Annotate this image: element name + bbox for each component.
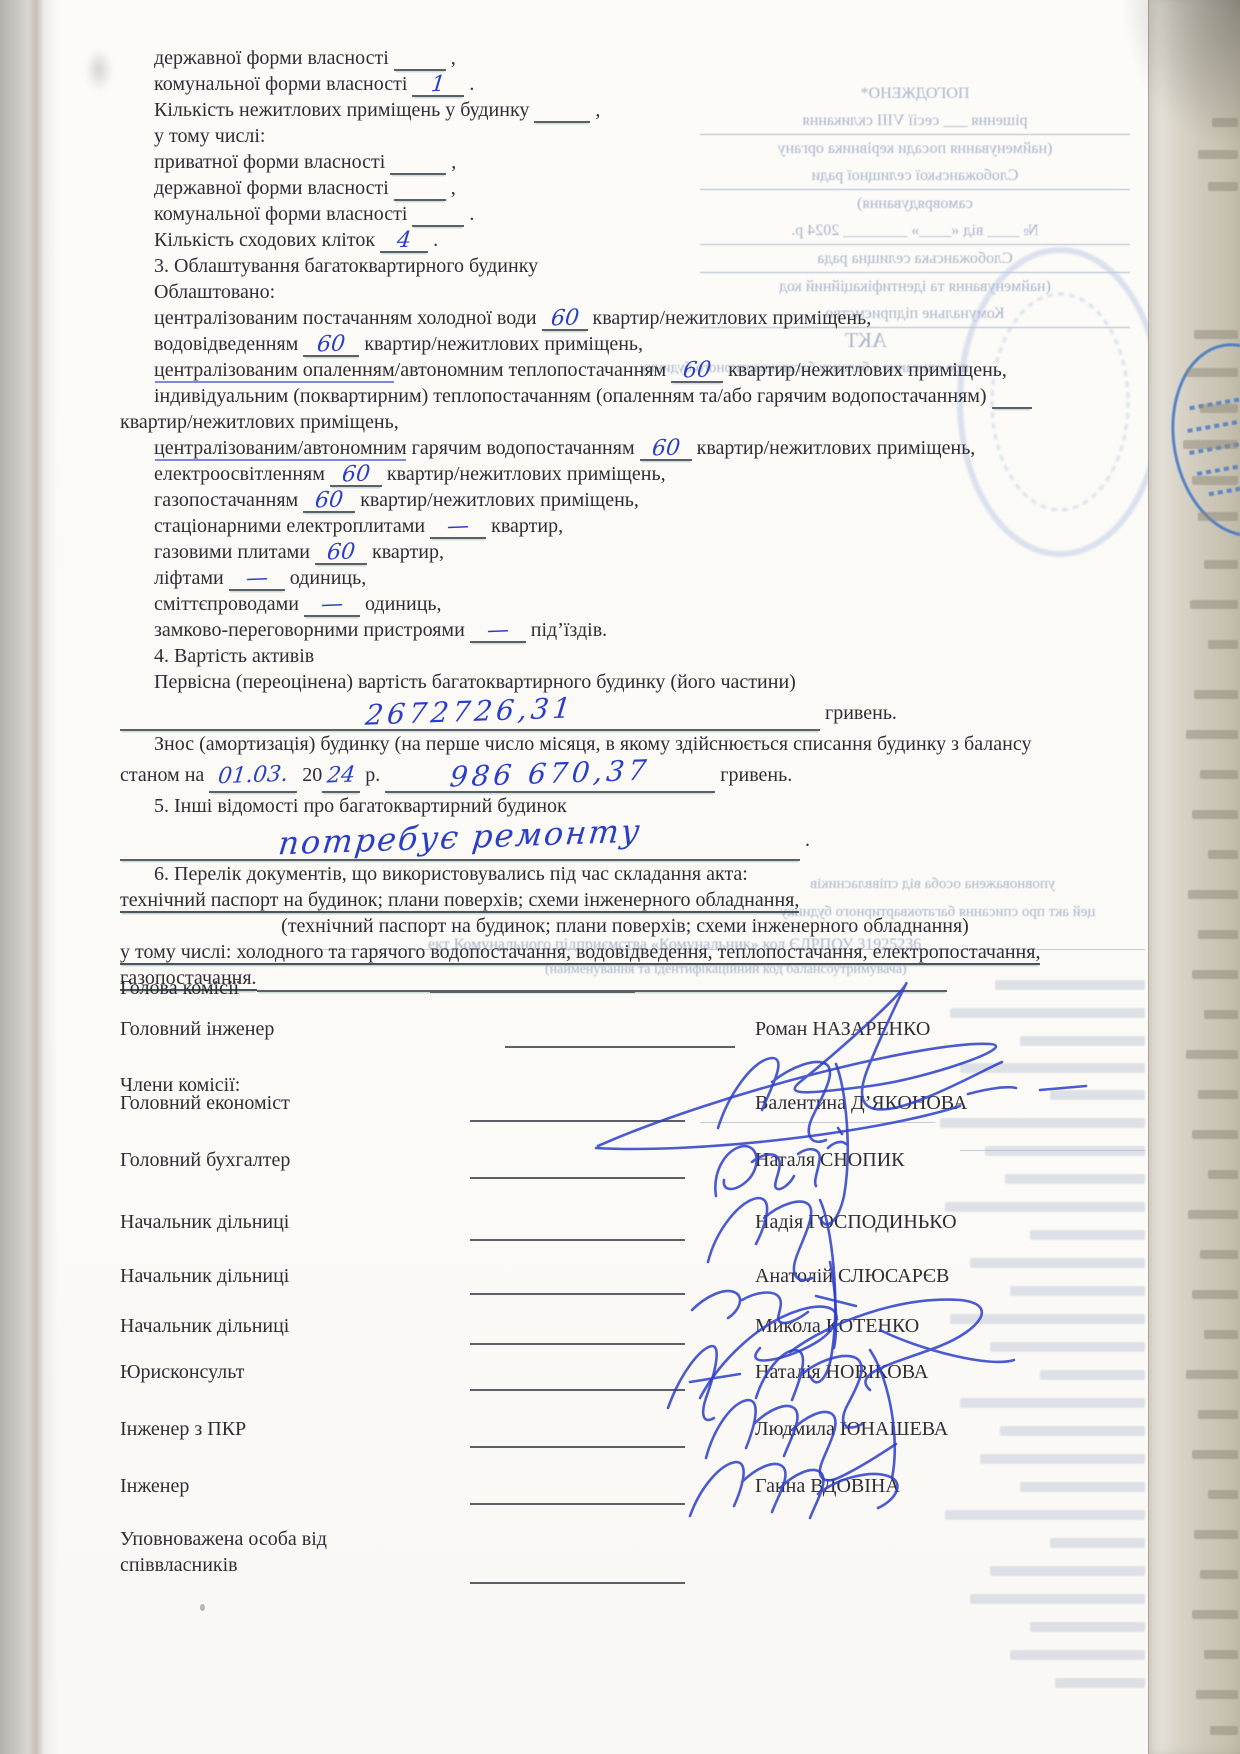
document-line: Кількість сходових кліток 4 .	[120, 227, 1130, 253]
next-page-text-fragment	[1208, 1490, 1238, 1499]
bleedthrough-illegible-line	[1005, 1174, 1145, 1184]
blank-field	[412, 203, 464, 227]
handwriting-text: 01.03.	[216, 757, 290, 796]
document-text: газопостачанням	[154, 489, 303, 511]
next-page-text-fragment	[1186, 730, 1238, 739]
next-page-text-fragment	[1198, 1410, 1238, 1419]
next-page-text-fragment	[1208, 640, 1238, 649]
document-line: 2672726,31 гривень.	[120, 695, 1130, 731]
document-text: водовідведенням	[154, 333, 303, 355]
signatory-name: Ганна ВДОВІНА	[755, 1473, 900, 1499]
blank-field	[390, 151, 446, 175]
bleedthrough-illegible-line	[1055, 1678, 1145, 1688]
next-page-text-fragment	[1192, 970, 1238, 979]
signatory-name: Микола КОТЕНКО	[755, 1313, 919, 1339]
handwriting-text: 60	[650, 435, 681, 462]
bleedthrough-illegible-line	[1050, 1538, 1145, 1548]
document-text: квартир/нежитлових приміщень,	[120, 411, 399, 433]
signature-role-label: Головний бухгалтер	[120, 1147, 450, 1173]
signature-role-label: Начальник дільниці	[120, 1313, 450, 1339]
document-line: Первісна (переоцінена) вартість багатокв…	[120, 669, 1130, 695]
handwritten-entry: —	[229, 567, 285, 591]
handwriting-text: 60	[316, 331, 347, 358]
document-line: у тому числі:	[120, 123, 1130, 149]
document-line: 4. Вартість активів	[120, 643, 1130, 669]
handwriting-text: —	[244, 566, 269, 593]
handwritten-entry: потребує ремонту	[120, 837, 800, 861]
document-text: комунальної форми власності	[154, 203, 412, 225]
next-page-text-fragment	[1208, 850, 1238, 859]
handwriting-text: 2672726,31	[364, 690, 577, 733]
blank-field	[534, 99, 590, 123]
bleedthrough-illegible-line	[950, 1008, 1145, 1018]
document-text: гривень.	[715, 764, 792, 786]
left-page-edge-band	[28, 0, 44, 1754]
scan-smudge	[85, 48, 113, 92]
document-text: .	[464, 203, 474, 225]
bleedthrough-illegible-line	[1010, 1650, 1145, 1660]
document-line: централізованим постачанням холодної вод…	[120, 305, 1130, 331]
handwritten-entry: —	[470, 619, 526, 643]
handwritten-entry: 2672726,31	[120, 707, 820, 731]
signature-line	[505, 1046, 735, 1048]
bleedthrough-illegible-line	[990, 1566, 1145, 1576]
next-page-text-fragment	[1210, 1726, 1238, 1735]
document-line: централізованим опаленням/автономним теп…	[120, 357, 1130, 383]
document-text: квартир/нежитлових приміщень,	[382, 463, 666, 485]
document-text: Знос (амортизація) будинку (на перше чис…	[154, 733, 1031, 755]
handwriting-text: 60	[682, 357, 713, 384]
signatory-name: Надія ГОСПОДИНЬКО	[755, 1209, 957, 1235]
document-line: (технічний паспорт на будинок; плани пов…	[120, 913, 1130, 939]
document-text: 3. Облаштування багатоквартирного будинк…	[154, 255, 538, 277]
next-page-text-fragment	[1204, 1010, 1238, 1019]
handwritten-entry: 24	[322, 769, 360, 793]
document-text: державної форми власності	[154, 47, 394, 69]
bleedthrough-illegible-line	[950, 1314, 1145, 1324]
document-line: 3. Облаштування багатоквартирного будинк…	[120, 253, 1130, 279]
next-page-text-fragment	[1194, 330, 1238, 339]
signatory-name: Роман НАЗАРЕНКО	[755, 1016, 930, 1042]
next-page-text-fragment	[1204, 560, 1238, 569]
bleedthrough-illegible-line	[970, 1594, 1145, 1604]
signature-line	[470, 1582, 685, 1584]
document-text: ,	[446, 47, 456, 69]
document-text: ,	[446, 177, 456, 199]
document-text: приватної форми власності	[154, 151, 390, 173]
document-line: технічний паспорт на будинок; плани пове…	[120, 887, 1130, 913]
handwriting-text: 986 670,37	[448, 752, 652, 795]
signature-line	[470, 1389, 685, 1391]
signature-line	[430, 991, 635, 993]
bleedthrough-illegible-line	[1050, 1090, 1145, 1100]
signatory-name: Валентина Д’ЯКОНОВА	[755, 1090, 967, 1116]
document-text: 4. Вартість активів	[154, 645, 314, 667]
handwritten-entry: 60	[330, 463, 382, 487]
document-text: ,	[590, 99, 600, 121]
bleedthrough-illegible-line	[985, 1146, 1145, 1156]
handwriting-text: 60	[549, 305, 580, 332]
signature-line	[470, 1293, 685, 1295]
underlined-text: централізованим опаленням	[154, 359, 395, 381]
bleedthrough-illegible-line	[1020, 1036, 1145, 1046]
next-page-text-fragment	[1200, 1250, 1238, 1259]
document-line: у тому числі: холодного та гарячого водо…	[120, 939, 1130, 965]
document-text: одиниць,	[360, 593, 442, 615]
handwritten-entry: 01.03.	[209, 769, 297, 793]
scanned-document-page: ПОГОДЖЕНО*рішення ___ сесії VIII скликан…	[0, 0, 1240, 1754]
next-page-text-fragment	[1192, 1130, 1238, 1139]
next-page-text-fragment	[1192, 476, 1238, 485]
document-text: Облаштовано:	[154, 281, 275, 303]
document-text: гарячим водопостачанням	[407, 437, 640, 459]
bleedthrough-illegible-line	[1010, 1286, 1145, 1296]
handwritten-entry: 60	[671, 359, 723, 383]
blank-field	[394, 47, 446, 71]
signature-role-label: Головний інженер	[120, 1016, 450, 1042]
signatory-name: Анатолій СЛЮСАРЄВ	[755, 1263, 949, 1289]
scan-corner-shadow	[1120, 0, 1240, 150]
document-line: комунальної форми власності 1 .	[120, 71, 1130, 97]
handwriting-text: 4	[396, 228, 413, 255]
bleedthrough-illegible-line	[1040, 1370, 1145, 1380]
document-line: державної форми власності ,	[120, 175, 1130, 201]
signature-role-label: Голова комісії	[120, 975, 450, 1001]
handwritten-entry: 986 670,37	[385, 769, 715, 793]
signature-role-label: Головний економіст	[120, 1090, 450, 1116]
document-text: стаціонарними електроплитами	[154, 515, 430, 537]
bleedthrough-illegible-line	[1020, 1482, 1145, 1492]
next-page-text-fragment	[1200, 1570, 1238, 1579]
bleedthrough-illegible-line	[940, 1118, 1145, 1128]
document-line: сміттєпроводами — одиниць,	[120, 591, 1130, 617]
handwritten-entry: —	[304, 593, 360, 617]
document-text: Кількість нежитлових приміщень у будинку	[154, 99, 534, 121]
document-text: квартир/нежитлових приміщень,	[355, 489, 639, 511]
signature-line	[470, 1120, 685, 1122]
bleedthrough-illegible-line	[960, 1398, 1145, 1408]
document-body: державної форми власності ,комунальної ф…	[120, 45, 1130, 991]
document-line: потребує ремонту .	[120, 819, 1130, 861]
next-page-text-fragment	[1194, 1530, 1238, 1539]
document-text: Кількість сходових кліток	[154, 229, 380, 251]
document-text: індивідуальним (поквартирним) теплопоста…	[154, 385, 992, 407]
document-text: газовими плитами	[154, 541, 315, 563]
document-line: газовими плитами 60 квартир,	[120, 539, 1130, 565]
signature-role-label: Начальник дільниці	[120, 1209, 450, 1235]
bleedthrough-rule	[960, 1150, 1145, 1151]
document-line: індивідуальним (поквартирним) теплопоста…	[120, 383, 1130, 409]
signature-role-label: Начальник дільниці	[120, 1263, 450, 1289]
document-text: .	[464, 73, 474, 95]
blank-field	[394, 177, 446, 201]
document-text: одиниць,	[285, 567, 367, 589]
underlined-text: у тому числі: холодного та гарячого водо…	[120, 941, 1040, 965]
next-page-text-fragment	[1208, 1170, 1238, 1179]
handwritten-entry: 60	[315, 541, 367, 565]
document-line: водовідведенням 60 квартир/нежитлових пр…	[120, 331, 1130, 357]
next-page-text-fragment	[1188, 1210, 1238, 1219]
document-line: Облаштовано:	[120, 279, 1130, 305]
next-page-text-fragment	[1194, 690, 1238, 699]
next-page-text-fragment	[1198, 930, 1238, 939]
next-page-text-fragment	[1200, 770, 1238, 779]
handwritten-entry: —	[430, 515, 486, 539]
next-page-text-fragment	[1204, 1330, 1238, 1339]
document-text: 6. Перелік документів, що використовувал…	[154, 863, 748, 885]
document-line: комунальної форми власності .	[120, 201, 1130, 227]
document-text: .	[428, 229, 438, 251]
handwritten-entry: 60	[303, 333, 359, 357]
document-line: станом на 01.03. 2024 р. 986 670,37 грив…	[120, 757, 1130, 793]
next-page-text-fragment	[1192, 1290, 1238, 1299]
document-line: електроосвітленням 60 квартир/нежитлових…	[120, 461, 1130, 487]
document-text: станом на	[120, 764, 209, 786]
bleedthrough-illegible-line	[1030, 1230, 1145, 1240]
next-page-text-fragment	[1192, 1450, 1238, 1459]
document-text: централізованим постачанням холодної вод…	[154, 307, 542, 329]
signature-role-label: Юрисконсульт	[120, 1359, 450, 1385]
document-text: р.	[360, 764, 385, 786]
document-text: квартир/нежитлових приміщень,	[588, 307, 872, 329]
bleedthrough-rule	[700, 1122, 935, 1123]
document-text: .	[800, 829, 810, 851]
signatory-name: Наталя СНОПИК	[755, 1147, 904, 1173]
signature-line	[470, 1177, 685, 1179]
handwriting-text: —	[446, 514, 471, 541]
document-text: сміттєпроводами	[154, 593, 304, 615]
next-page-text-fragment	[1192, 810, 1238, 819]
next-page-text-fragment	[1198, 150, 1238, 159]
document-text: квартир/нежитлових приміщень,	[692, 437, 976, 459]
document-line: 6. Перелік документів, що використовувал…	[120, 861, 1130, 887]
document-line: державної форми власності ,	[120, 45, 1130, 71]
next-page-text-fragment	[1204, 1650, 1238, 1659]
signature-line	[470, 1503, 685, 1505]
bleedthrough-illegible-line	[980, 1454, 1145, 1464]
next-page-text-fragment	[1208, 182, 1238, 191]
next-page-text-fragment	[1198, 1090, 1238, 1099]
signatory-name: Людмила ЮНАШЕВА	[755, 1416, 948, 1442]
document-text: квартир/нежитлових приміщень,	[359, 333, 643, 355]
signature-role-label: Уповноважена особа від співвласників	[120, 1526, 450, 1578]
document-text: комунальної форми власності	[154, 73, 412, 95]
document-text: державної форми власності	[154, 177, 394, 199]
signature-role-label: Інженер з ПКР	[120, 1416, 450, 1442]
blank-field	[992, 385, 1032, 409]
handwritten-entry: 60	[640, 437, 692, 461]
document-text: /автономним теплопостачанням	[395, 359, 672, 381]
handwriting-text: 60	[341, 461, 372, 488]
document-text: у тому числі:	[154, 125, 265, 147]
document-text: гривень.	[820, 702, 897, 724]
document-text: (технічний паспорт на будинок; плани пов…	[281, 915, 969, 937]
next-page-text-fragment	[1192, 1610, 1238, 1619]
document-line: стаціонарними електроплитами — квартир,	[120, 513, 1130, 539]
pen-signature	[718, 1058, 848, 1224]
document-line: Кількість нежитлових приміщень у будинку…	[120, 97, 1130, 123]
document-line: замково-переговорними пристроями — під’ї…	[120, 617, 1130, 643]
handwriting-text: 1	[430, 72, 447, 99]
next-page-text-fragment	[1198, 512, 1238, 521]
document-text: квартир/нежитлових приміщень,	[723, 359, 1007, 381]
document-text: під’їздів.	[526, 619, 607, 641]
signature-line	[470, 1446, 685, 1448]
document-line: газопостачанням 60 квартир/нежитлових пр…	[120, 487, 1130, 513]
signature-line	[470, 1239, 685, 1241]
handwritten-entry: 60	[303, 489, 355, 513]
bleedthrough-illegible-line	[945, 1202, 1145, 1212]
signature-line	[470, 1343, 685, 1345]
next-page-text-fragment	[1188, 890, 1238, 899]
bleedthrough-illegible-line	[945, 1510, 1145, 1520]
next-page-text-fragment	[1196, 1690, 1238, 1699]
handwritten-entry: 4	[380, 229, 428, 253]
document-text: Первісна (переоцінена) вартість багатокв…	[154, 671, 796, 693]
handwriting-text: —	[485, 618, 510, 645]
document-text: квартир,	[486, 515, 563, 537]
bleedthrough-illegible-line	[990, 1342, 1145, 1352]
document-line: ліфтами — одиниць,	[120, 565, 1130, 591]
document-text: ліфтами	[154, 567, 229, 589]
underlined-text: технічний паспорт на будинок; плани пове…	[120, 889, 799, 913]
underlined-text: централізованим/автономним	[154, 437, 407, 459]
bleedthrough-illegible-line	[970, 1258, 1145, 1268]
signature-role-label: Інженер	[120, 1473, 450, 1499]
bleedthrough-illegible-line	[1000, 1426, 1145, 1436]
document-text: ,	[446, 151, 456, 173]
document-line: квартир/нежитлових приміщень,	[120, 409, 1130, 435]
next-page-text-fragment	[1190, 600, 1238, 609]
handwriting-text: —	[320, 592, 345, 619]
document-text: електроосвітленням	[154, 463, 330, 485]
document-text: 20	[297, 764, 322, 786]
handwriting-text: 60	[314, 487, 345, 514]
next-page-text-fragment	[1186, 1370, 1238, 1379]
document-line: централізованим/автономним гарячим водоп…	[120, 435, 1130, 461]
handwriting-text: 60	[326, 539, 357, 566]
handwriting-text: 24	[325, 757, 357, 794]
next-page-text-fragment	[1186, 368, 1238, 377]
document-line: приватної форми власності ,	[120, 149, 1130, 175]
next-page-text-fragment	[1186, 1050, 1238, 1059]
document-text: квартир,	[367, 541, 444, 563]
next-page-text-fragment	[1183, 440, 1238, 449]
bleedthrough-illegible-line	[960, 1063, 1145, 1073]
handwritten-entry: 60	[542, 307, 588, 331]
signatory-name: Наталія НОВІКОВА	[755, 1359, 928, 1385]
handwritten-entry: 1	[412, 73, 464, 97]
scan-speck	[200, 1604, 205, 1611]
next-page-text-fragment	[1200, 404, 1238, 413]
bleedthrough-illegible-line	[1030, 1622, 1145, 1632]
document-text: замково-переговорними пристроями	[154, 619, 470, 641]
